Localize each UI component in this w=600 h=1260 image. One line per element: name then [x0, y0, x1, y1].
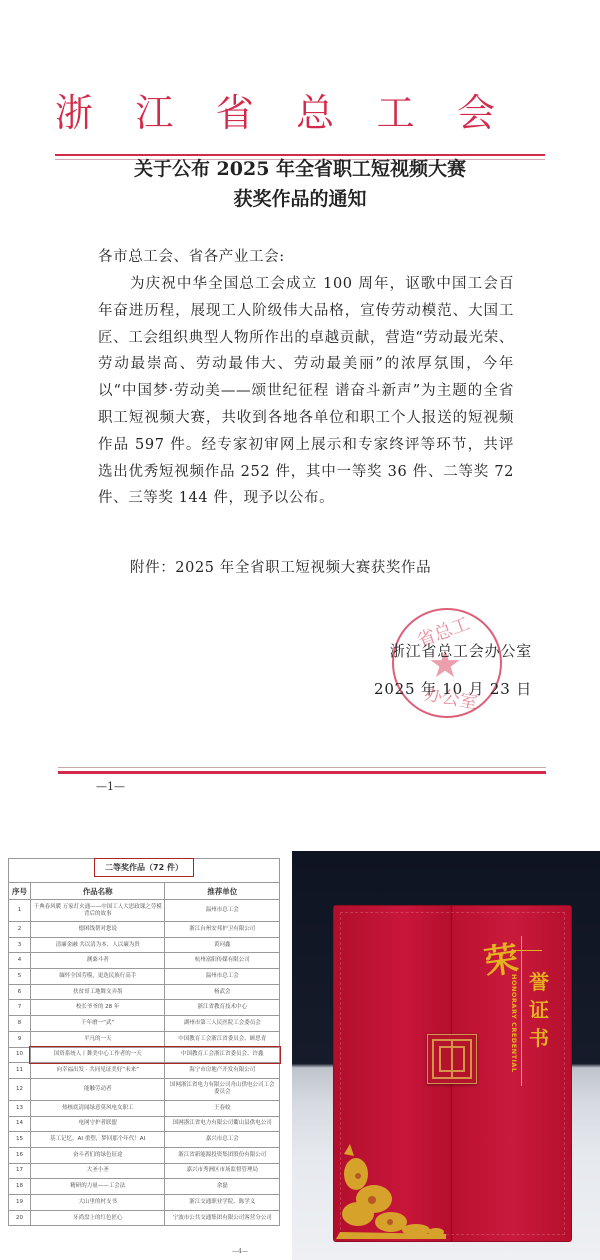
cell-unit: 浙江交通职业学院、陈学义 — [165, 1195, 280, 1211]
table-row: 2德困线帮对您说浙江台州安邦护卫有限公司 — [9, 922, 280, 938]
table-row: 20牙尚盘上的红色匠心宁波市公共交通集团有限公司客营分公司 — [9, 1210, 280, 1226]
letterhead-char: 江 — [135, 82, 173, 137]
table-row: 19大山里的村支书浙江交通职业学院、陈学义 — [9, 1195, 280, 1211]
award-list-sheet: 二等奖作品（72 件） 序号 作品名称 推荐单位 1千典春风暖 万家灯火通——中… — [0, 850, 290, 1260]
cover-title-char: 誉 — [526, 968, 552, 996]
body-paragraph: 为庆祝中华全国总工会成立 100 周年，讴歌中国工会百年奋进历程，展现工人阶级伟… — [98, 271, 514, 512]
cover-title-english: HONORARY CREDENTIAL — [510, 974, 518, 1073]
cell-unit: 浙江省新能源投资集团股份有限公司 — [165, 1147, 280, 1163]
table-row: 13热核底清闻绿意莫风电女职工王春姣 — [9, 1100, 280, 1116]
cell-title: 精研的力量——工会法 — [30, 1179, 164, 1195]
table-row: 8千年磨一“武”湖州市第三人民医院工会委员会 — [9, 1016, 280, 1032]
cell-no: 17 — [9, 1163, 31, 1179]
table-row: 5缅怀全国劳模，更迭民族行高手温州市总工会 — [9, 969, 280, 985]
cell-no: 1 — [9, 900, 31, 922]
table-row: 17大圣小圣嘉兴市秀洲区市场监督管理局 — [9, 1163, 280, 1179]
cell-unit: 温州市总工会 — [165, 969, 280, 985]
table-header-row: 序号 作品名称 推荐单位 — [9, 883, 280, 900]
cell-unit: 海宁市房地产开发有限公司 — [165, 1063, 280, 1079]
cell-unit: 浙江省教育技术中心 — [165, 1000, 280, 1016]
page-number: —1— — [96, 780, 125, 793]
signature-org: 浙江省总工会办公室 — [372, 632, 532, 670]
cell-title: 牙尚盘上的红色匠心 — [30, 1210, 164, 1226]
certificate-photo: 荣 誉 证 书 HONORARY CREDENTIAL — [292, 851, 600, 1260]
cell-title: 清廉金融 共以清为本、人以廉为贵 — [30, 937, 164, 953]
cell-no: 11 — [9, 1063, 31, 1079]
cell-title: 平凡的一天 — [30, 1031, 164, 1047]
letterhead-char: 总 — [296, 82, 334, 137]
cell-title: 千年磨一“武” — [30, 1016, 164, 1032]
cell-title: 向幸福出发 · 共同见证美好“未来” — [30, 1063, 164, 1079]
cover-title-rest: 誉 证 书 — [526, 968, 552, 1052]
letterhead-char: 省 — [216, 82, 254, 137]
header-title: 作品名称 — [30, 883, 164, 900]
cell-title: 测桑斗者 — [30, 953, 164, 969]
cell-no: 6 — [9, 984, 31, 1000]
cell-title: 国资系统人丨舞美中心工作者的一天 — [30, 1047, 164, 1063]
cell-unit: 湖州市第三人民医院工会委员会 — [165, 1016, 280, 1032]
cell-no: 18 — [9, 1179, 31, 1195]
signature-date: 2025 年 10 月 23 日 — [372, 670, 532, 708]
cell-title: 电网守护者联盟 — [30, 1116, 164, 1132]
notice-document: 浙 江 省 总 工 会 关于公布 2025 年全省职工短视频大赛 获奖作品的通知… — [0, 0, 600, 800]
cell-title: 能触劳动者 — [30, 1078, 164, 1100]
table-row: 3清廉金融 共以清为本、人以廉为贵黄珂鑫 — [9, 937, 280, 953]
table-caption-row: 二等奖作品（72 件） — [9, 859, 280, 883]
cell-no: 5 — [9, 969, 31, 985]
cell-unit: 王春姣 — [165, 1100, 280, 1116]
table-row: 4测桑斗者杭州富阳传媒有限公司 — [9, 953, 280, 969]
cell-unit: 余磊 — [165, 1179, 280, 1195]
table-row: 7校长爷爷的 28 年浙江省教育技术中心 — [9, 1000, 280, 1016]
table-row: 10国资系统人丨舞美中心工作者的一天中国教育工会浙江省委员会、许鑫 — [9, 1047, 280, 1063]
table-row: 9平凡的一天中国教育工会浙江省委员会、顾思青 — [9, 1031, 280, 1047]
certificate-cover: 荣 誉 证 书 HONORARY CREDENTIAL — [334, 906, 571, 1241]
footer-divider — [58, 771, 546, 774]
cell-no: 8 — [9, 1016, 31, 1032]
header-unit: 推荐单位 — [165, 883, 280, 900]
cell-no: 7 — [9, 1000, 31, 1016]
cell-title: 大圣小圣 — [30, 1163, 164, 1179]
cell-unit: 杭州富阳传媒有限公司 — [165, 953, 280, 969]
document-title-line-2: 获奖作品的通知 — [0, 184, 600, 214]
cell-unit: 杨武会 — [165, 984, 280, 1000]
cell-unit: 中国教育工会浙江省委员会、许鑫 — [165, 1047, 280, 1063]
sheet-page-number: —4— — [232, 1248, 248, 1255]
gold-line-vertical — [521, 936, 522, 1086]
table-row: 16奋斗者们的绿色征途浙江省新能源投资集团股份有限公司 — [9, 1147, 280, 1163]
table-row: 1千典春风暖 万家灯火通——中国工人大思政课之劳模背后的故事温州市总工会 — [9, 900, 280, 922]
cell-no: 9 — [9, 1031, 31, 1047]
salutation: 各市总工会、省各产业工会: — [98, 244, 514, 271]
signature-block: 浙江省总工会办公室 2025 年 10 月 23 日 — [372, 632, 532, 708]
cover-title-char: 证 — [526, 996, 552, 1024]
award-table: 二等奖作品（72 件） 序号 作品名称 推荐单位 1千典春风暖 万家灯火通——中… — [8, 858, 280, 1226]
cell-unit: 浙江台州安邦护卫有限公司 — [165, 922, 280, 938]
cell-title: 千典春风暖 万家灯火通——中国工人大思政课之劳模背后的故事 — [30, 900, 164, 922]
table-row: 11向幸福出发 · 共同见证美好“未来”海宁市房地产开发有限公司 — [9, 1063, 280, 1079]
cell-no: 12 — [9, 1078, 31, 1100]
cell-unit: 嘉兴市秀洲区市场监督管理局 — [165, 1163, 280, 1179]
cell-no: 2 — [9, 922, 31, 938]
cell-unit: 中国教育工会浙江省委员会、顾思青 — [165, 1031, 280, 1047]
cell-unit: 国网浙江省电力有限公司舟山供电公司工会委员会 — [165, 1078, 280, 1100]
cell-no: 4 — [9, 953, 31, 969]
cell-title: 大山里的村支书 — [30, 1195, 164, 1211]
cell-no: 15 — [9, 1132, 31, 1148]
cell-no: 16 — [9, 1147, 31, 1163]
org-letterhead: 浙 江 省 总 工 会 — [55, 82, 495, 137]
table-row: 12能触劳动者国网浙江省电力有限公司舟山供电公司工会委员会 — [9, 1078, 280, 1100]
table-row: 14电网守护者联盟国网浙江省电力有限公司衢山县供电公司 — [9, 1116, 280, 1132]
cell-no: 3 — [9, 937, 31, 953]
seal-clasp-icon — [427, 1034, 477, 1084]
cell-title: 德困线帮对您说 — [30, 922, 164, 938]
cover-title-char: 书 — [526, 1024, 552, 1052]
cell-unit: 温州市总工会 — [165, 900, 280, 922]
cell-unit: 黄珂鑫 — [165, 937, 280, 953]
cell-title: 缅怀全国劳模，更迭民族行高手 — [30, 969, 164, 985]
cell-unit: 国网浙江省电力有限公司衢山县供电公司 — [165, 1116, 280, 1132]
letterhead-char: 工 — [377, 82, 415, 137]
cell-title: 基工记忆，AI 重塑，梦回那个年代！AI — [30, 1132, 164, 1148]
attachment-line: 附件：2025 年全省职工短视频大赛获奖作品 — [130, 556, 431, 577]
cell-title: 校长爷爷的 28 年 — [30, 1000, 164, 1016]
cell-no: 14 — [9, 1116, 31, 1132]
cell-no: 10 — [9, 1047, 31, 1063]
cell-no: 13 — [9, 1100, 31, 1116]
cell-no: 20 — [9, 1210, 31, 1226]
cell-title: 奋斗者们的绿色征途 — [30, 1147, 164, 1163]
cell-title: 扶贫哥工地舞文弄墨 — [30, 984, 164, 1000]
header-no: 序号 — [9, 883, 31, 900]
cell-unit: 宁波市公共交通集团有限公司客营分公司 — [165, 1210, 280, 1226]
document-title-line-1: 关于公布 2025 年全省职工短视频大赛 — [0, 154, 600, 184]
cell-title: 热核底清闻绿意莫风电女职工 — [30, 1100, 164, 1116]
table-row: 6扶贫哥工地舞文弄墨杨武会 — [9, 984, 280, 1000]
table-caption: 二等奖作品（72 件） — [94, 858, 194, 877]
table-row: 18精研的力量——工会法余磊 — [9, 1179, 280, 1195]
letterhead-char: 会 — [457, 82, 495, 137]
cell-no: 19 — [9, 1195, 31, 1211]
letterhead-char: 浙 — [55, 82, 93, 137]
peony-ornament-icon — [336, 1144, 446, 1239]
cell-unit: 嘉兴市总工会 — [165, 1132, 280, 1148]
table-row: 15基工记忆，AI 重塑，梦回那个年代！AI嘉兴市总工会 — [9, 1132, 280, 1148]
footer-divider-thin — [58, 767, 546, 768]
